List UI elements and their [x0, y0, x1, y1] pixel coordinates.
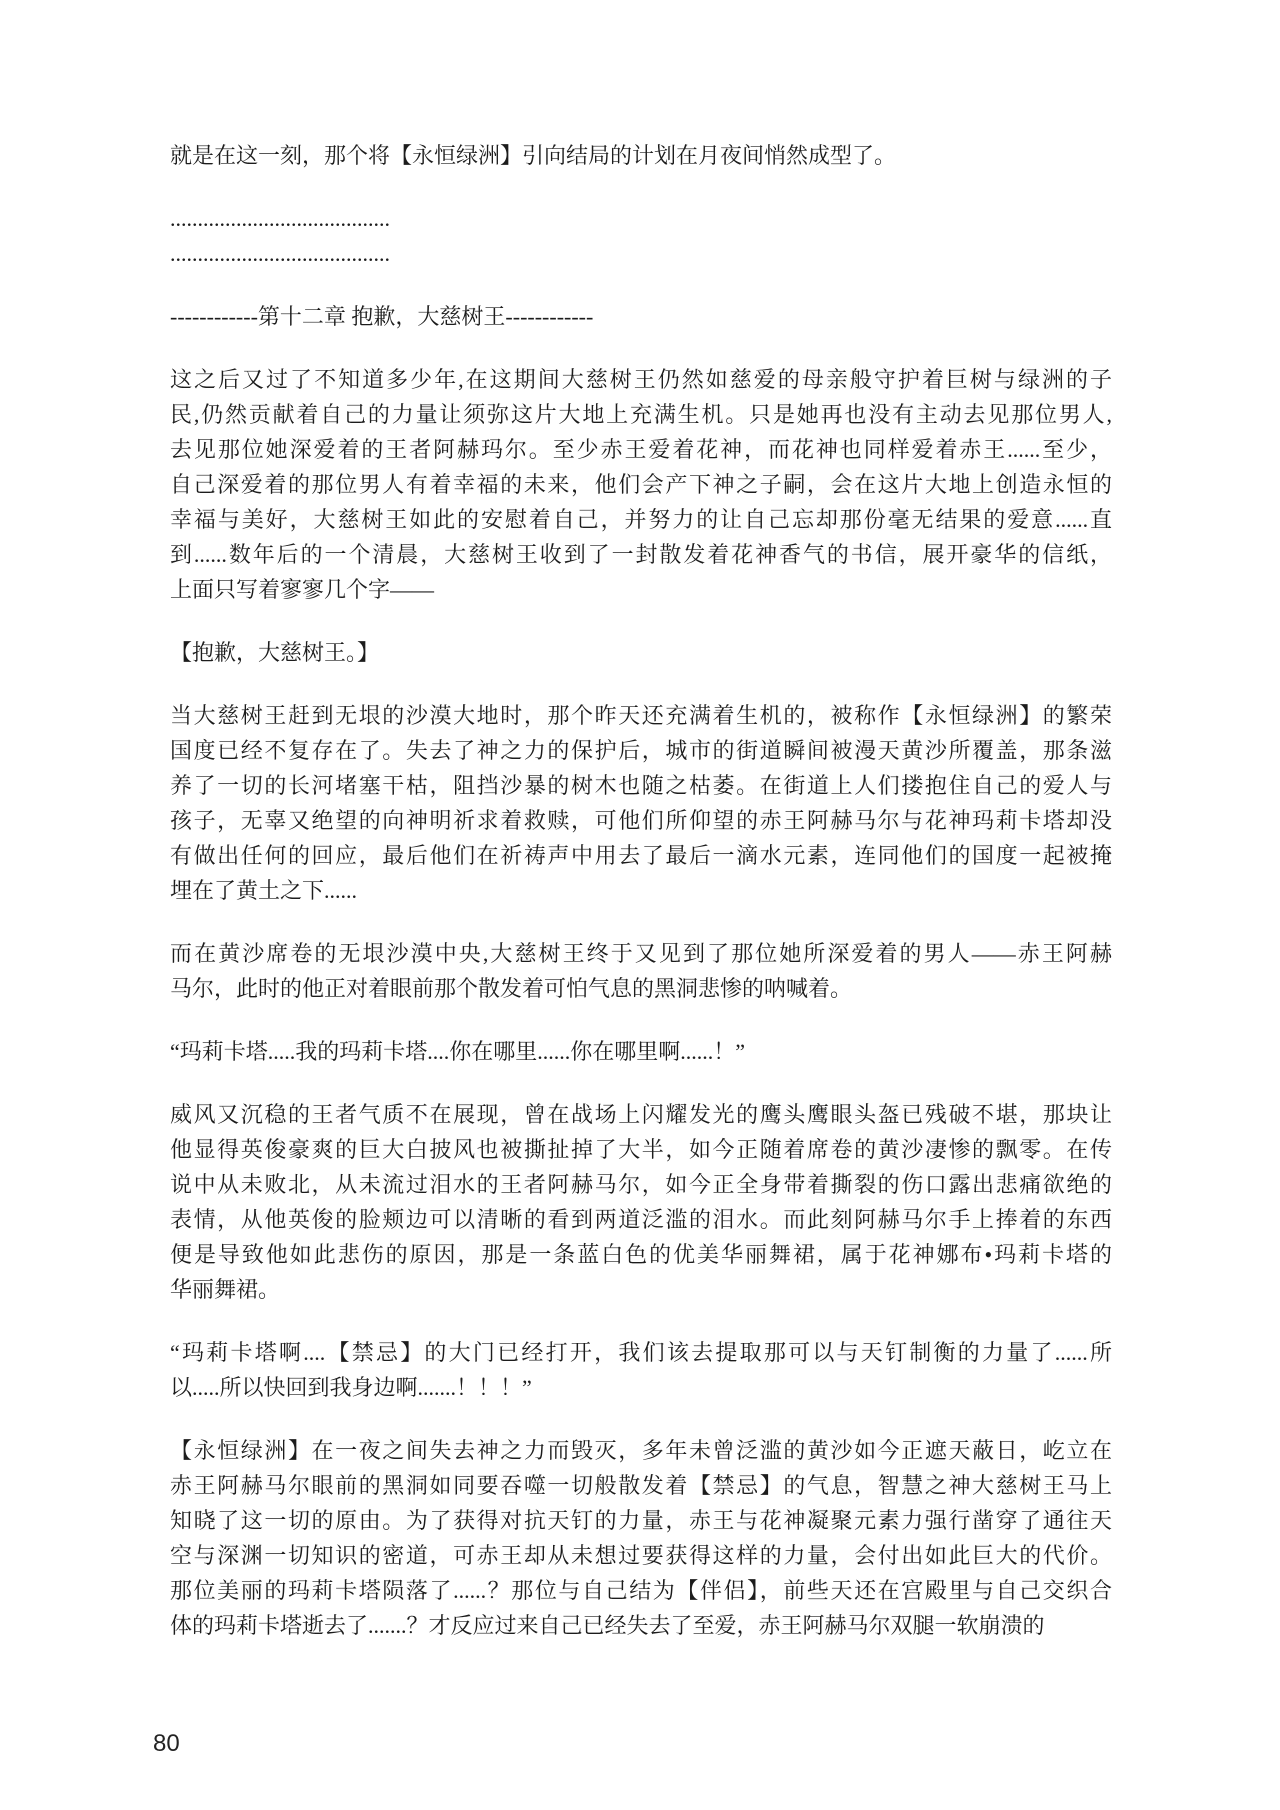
- text-line: 就是在这一刻，那个将【永恒绿洲】引向结局的计划在月夜间悄然成型了。: [170, 138, 1112, 173]
- text-line: 知晓了这一切的原由。为了获得对抗天钉的力量，赤王与花神凝聚元素力强行凿穿了通往天: [170, 1503, 1112, 1538]
- text-line: 说中从未败北，从未流过泪水的王者阿赫马尔，如今正全身带着撕裂的伤口露出悲痛欲绝的: [170, 1167, 1112, 1202]
- paragraph-2: 当大慈树王赶到无垠的沙漠大地时，那个昨天还充满着生机的，被称作【永恒绿洲】的繁荣…: [170, 698, 1112, 908]
- text-line: 表情，从他英俊的脸颊边可以清晰的看到两道泛滥的泪水。而此刻阿赫马尔手上捧着的东西: [170, 1202, 1112, 1237]
- document-body: 就是在这一刻，那个将【永恒绿洲】引向结局的计划在月夜间悄然成型了。.......…: [170, 138, 1112, 1643]
- text-line: ------------第十二章 抱歉，大慈树王------------: [170, 299, 1112, 334]
- text-line: 便是导致他如此悲伤的原因，那是一条蓝白色的优美华丽舞裙，属于花神娜布•玛莉卡塔的: [170, 1237, 1112, 1272]
- text-line: 当大慈树王赶到无垠的沙漠大地时，那个昨天还充满着生机的，被称作【永恒绿洲】的繁荣: [170, 698, 1112, 733]
- text-line: “玛莉卡塔啊....【禁忌】的大门已经打开，我们该去提取那可以与天钉制衡的力量了…: [170, 1335, 1112, 1370]
- text-line: 【抱歉，大慈树王。】: [170, 635, 1112, 670]
- text-line: “玛莉卡塔.....我的玛莉卡塔....你在哪里......你在哪里啊.....…: [170, 1034, 1112, 1069]
- text-line: 他显得英俊豪爽的巨大白披风也被撕扯掉了大半，如今正随着席卷的黄沙凄惨的飘零。在传: [170, 1132, 1112, 1167]
- text-line: 到......数年后的一个清晨，大慈树王收到了一封散发着花神香气的书信，展开豪华…: [170, 537, 1112, 572]
- paragraph-3: 而在黄沙席卷的无垠沙漠中央,大慈树王终于又见到了那位她所深爱着的男人——赤王阿赫…: [170, 936, 1112, 1006]
- text-line: 上面只写着寥寥几个字——: [170, 572, 1112, 607]
- text-line: 以.....所以快回到我身边啊.......！！！”: [170, 1370, 1112, 1405]
- text-line: 那位美丽的玛莉卡塔陨落了......？那位与自己结为【伴侣】，前些天还在宫殿里与…: [170, 1573, 1112, 1608]
- text-line: 而在黄沙席卷的无垠沙漠中央,大慈树王终于又见到了那位她所深爱着的男人——赤王阿赫: [170, 936, 1112, 971]
- text-line: 华丽舞裙。: [170, 1272, 1112, 1307]
- quote-2: “玛莉卡塔啊....【禁忌】的大门已经打开，我们该去提取那可以与天钉制衡的力量了…: [170, 1335, 1112, 1405]
- ellipsis-lines: ........................................…: [170, 201, 1112, 271]
- text-line: 威风又沉稳的王者气质不在展现，曾在战场上闪耀发光的鹰头鹰眼头盔已残破不堪，那块让: [170, 1097, 1112, 1132]
- text-line: 马尔，此时的他正对着眼前那个散发着可怕气息的黑洞悲惨的呐喊着。: [170, 971, 1112, 1006]
- text-line: 孩子，无辜又绝望的向神明祈求着救赎，可他们所仰望的赤王阿赫马尔与花神玛莉卡塔却没: [170, 803, 1112, 838]
- text-line: 民,仍然贡献着自己的力量让须弥这片大地上充满生机。只是她再也没有主动去见那位男人…: [170, 397, 1112, 432]
- text-line: 赤王阿赫马尔眼前的黑洞如同要吞噬一切般散发着【禁忌】的气息，智慧之神大慈树王马上: [170, 1468, 1112, 1503]
- document-page: 就是在这一刻，那个将【永恒绿洲】引向结局的计划在月夜间悄然成型了。.......…: [0, 0, 1280, 1810]
- text-line: ........................................: [170, 236, 1112, 271]
- text-line: 养了一切的长河堵塞干枯，阻挡沙暴的树木也随之枯萎。在街道上人们搂抱住自己的爱人与: [170, 768, 1112, 803]
- paragraph-1: 这之后又过了不知道多少年,在这期间大慈树王仍然如慈爱的母亲般守护着巨树与绿洲的子…: [170, 362, 1112, 607]
- text-line: 国度已经不复存在了。失去了神之力的保护后，城市的街道瞬间被漫天黄沙所覆盖，那条滋: [170, 733, 1112, 768]
- paragraph-5: 【永恒绿洲】在一夜之间失去神之力而毁灭，多年未曾泛滥的黄沙如今正遮天蔽日，屹立在…: [170, 1433, 1112, 1643]
- page-number: 80: [153, 1728, 180, 1760]
- text-line: 幸福与美好，大慈树王如此的安慰着自己，并努力的让自己忘却那份毫无结果的爱意...…: [170, 502, 1112, 537]
- text-line: ........................................: [170, 201, 1112, 236]
- paragraph-4: 威风又沉稳的王者气质不在展现，曾在战场上闪耀发光的鹰头鹰眼头盔已残破不堪，那块让…: [170, 1097, 1112, 1307]
- chapter-heading: ------------第十二章 抱歉，大慈树王------------: [170, 299, 1112, 334]
- text-line: 体的玛莉卡塔逝去了.......？才反应过来自己已经失去了至爱，赤王阿赫马尔双腿…: [170, 1608, 1112, 1643]
- text-line: 有做出任何的回应，最后他们在祈祷声中用去了最后一滴水元素，连同他们的国度一起被掩: [170, 838, 1112, 873]
- text-line: 去见那位她深爱着的王者阿赫玛尔。至少赤王爱着花神，而花神也同样爱着赤王.....…: [170, 432, 1112, 467]
- text-line: 埋在了黄土之下......: [170, 873, 1112, 908]
- intro-paragraph: 就是在这一刻，那个将【永恒绿洲】引向结局的计划在月夜间悄然成型了。: [170, 138, 1112, 173]
- quote-1: “玛莉卡塔.....我的玛莉卡塔....你在哪里......你在哪里啊.....…: [170, 1034, 1112, 1069]
- letter-line: 【抱歉，大慈树王。】: [170, 635, 1112, 670]
- text-line: 【永恒绿洲】在一夜之间失去神之力而毁灭，多年未曾泛滥的黄沙如今正遮天蔽日，屹立在: [170, 1433, 1112, 1468]
- text-line: 这之后又过了不知道多少年,在这期间大慈树王仍然如慈爱的母亲般守护着巨树与绿洲的子: [170, 362, 1112, 397]
- text-line: 自己深爱着的那位男人有着幸福的未来，他们会产下神之子嗣，会在这片大地上创造永恒的: [170, 467, 1112, 502]
- text-line: 空与深渊一切知识的密道，可赤王却从未想过要获得这样的力量，会付出如此巨大的代价。: [170, 1538, 1112, 1573]
